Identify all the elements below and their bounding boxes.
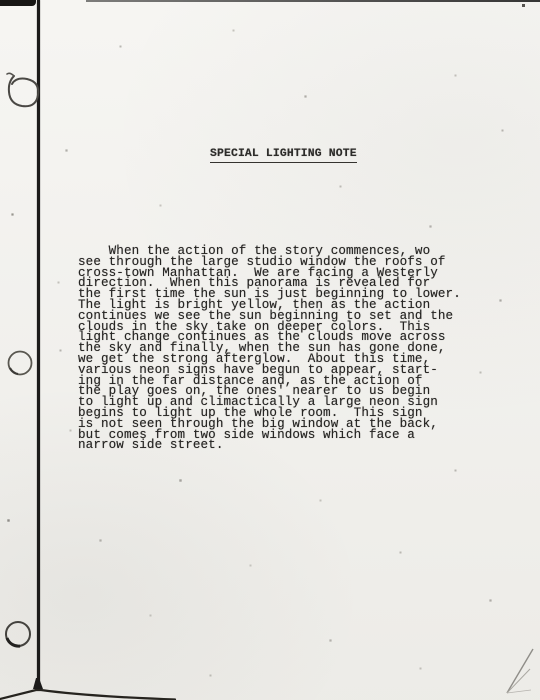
script-page: SPECIAL LIGHTING NOTE When the action of… <box>0 0 540 700</box>
binder-ring-icon <box>6 622 30 646</box>
binding-spine-line <box>37 0 40 689</box>
corner-crease <box>507 649 533 693</box>
body-text: When the action of the story commences, … <box>78 246 478 451</box>
binder-ring-icon <box>7 73 38 106</box>
page-title: SPECIAL LIGHTING NOTE <box>210 148 357 163</box>
page-top-edge-shadow <box>86 0 540 2</box>
top-left-corner-mark <box>0 0 36 6</box>
paper-noise-speckles <box>0 0 1 1</box>
binder-ring-icon <box>9 352 32 375</box>
bottom-fold-crease <box>0 678 175 700</box>
